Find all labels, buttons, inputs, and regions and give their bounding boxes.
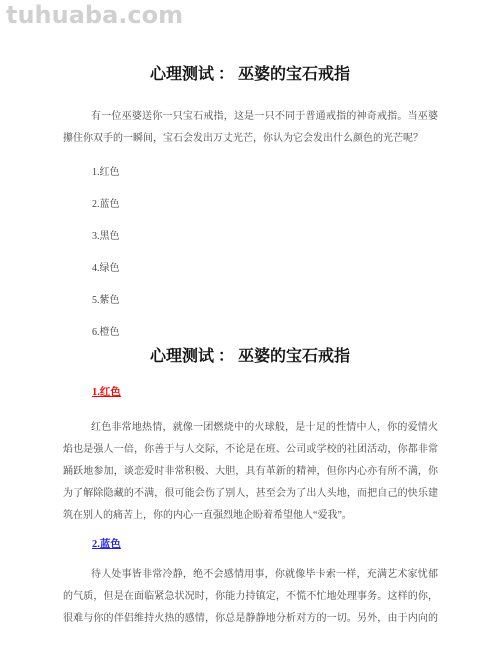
option-item-green: 4.绿色	[92, 258, 120, 280]
section-title: 心理测试 ： 巫婆的宝石戒指	[0, 347, 500, 367]
result-heading-blue[interactable]: 2.蓝色	[92, 534, 121, 556]
options-list: 1.红色 2.蓝色 3.黑色 4.绿色 5.紫色 6.橙色	[92, 162, 120, 354]
result-heading-red[interactable]: 1.红色	[92, 382, 121, 404]
option-item-purple: 5.紫色	[92, 290, 120, 312]
option-item-black: 3.黑色	[92, 226, 120, 248]
watermark: tuhuaba.com	[6, 1, 183, 29]
option-item-blue: 2.蓝色	[92, 194, 120, 216]
result-body-red: 红色非常地热情，就像一团燃烧中的火球般，是十足的性情中人，你的爱情火焰也是强人一…	[63, 417, 438, 527]
intro-paragraph: 有一位巫婆送你一只宝石戒指，这是一只不同于普通戒指的神奇戒指。当巫婆攥住你双手的…	[63, 106, 438, 150]
page-title: 心理测试 ： 巫婆的宝石戒指	[0, 65, 500, 85]
option-item-orange: 6.橙色	[92, 322, 120, 344]
option-item-red: 1.红色	[92, 162, 120, 184]
document-page: tuhuaba.com 心理测试 ： 巫婆的宝石戒指 有一位巫婆送你一只宝石戒指…	[0, 0, 500, 647]
result-body-blue: 待人处事皆非常冷静，绝不会感情用事，你就像毕卡索一样，充满艺术家忧郁的气质，但是…	[63, 564, 438, 630]
